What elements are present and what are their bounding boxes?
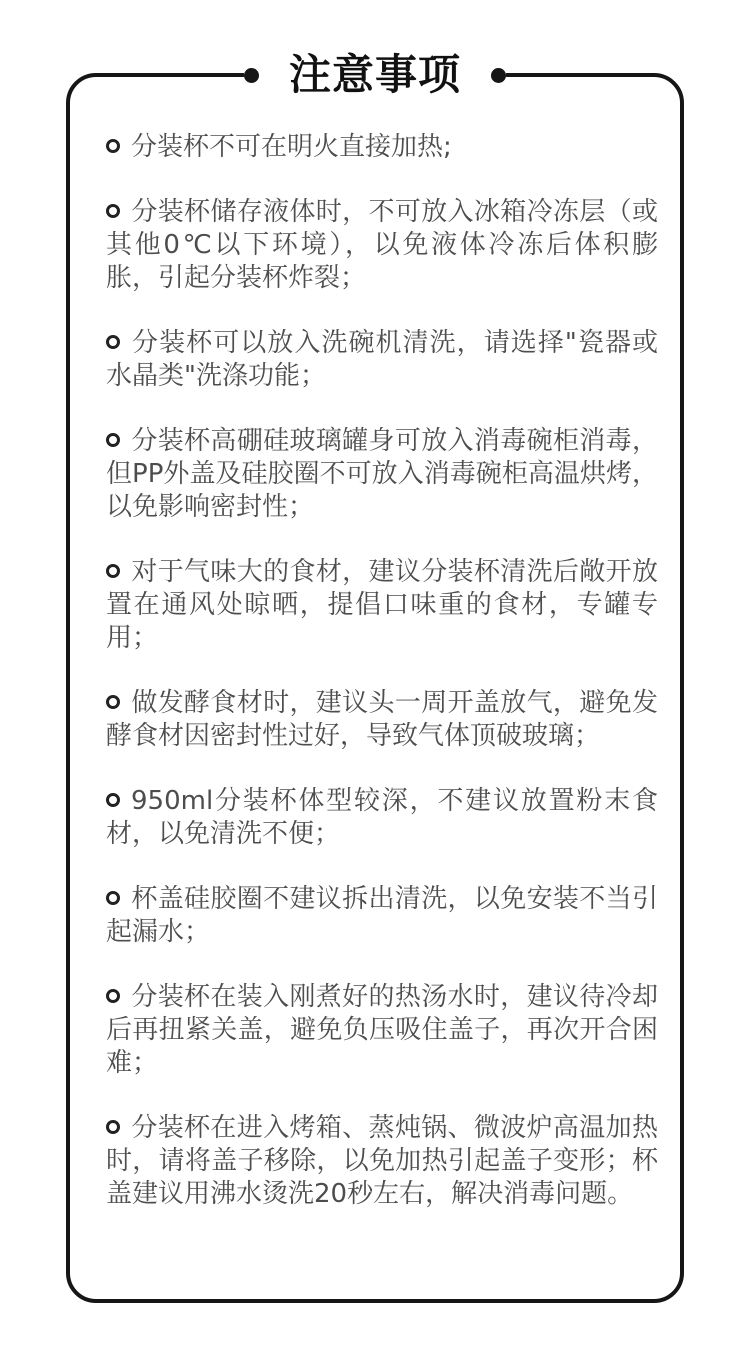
bullet-ring-icon — [106, 139, 120, 153]
notice-item: 分装杯高硼硅玻璃罐身可放入消毒碗柜消毒，但PP外盖及硅胶圈不可放入消毒碗柜高温烘… — [106, 425, 658, 524]
notice-item: 950ml分装杯体型较深，不建议放置粉末食材，以免清洗不便； — [106, 785, 658, 851]
bullet-ring-icon — [106, 204, 120, 218]
notice-item-text: 分装杯不可在明火直接加热; — [131, 132, 452, 162]
notice-item-text: 分装杯储存液体时，不可放入冰箱冷冻层（或其他0℃以下环境），以免液体冷冻后体积膨… — [106, 197, 658, 293]
page-title: 注意事项 — [289, 51, 461, 99]
notice-box: 注意事项 分装杯不可在明火直接加热; 分装杯储存液体时，不可放入冰箱冷冻层（或其… — [66, 73, 684, 1303]
notice-item-text: 对于气味大的食材，建议分装杯清洗后敞开放置在通风处晾晒，提倡口味重的食材，专罐专… — [106, 557, 658, 653]
bullet-ring-icon — [106, 564, 120, 578]
notice-item: 分装杯可以放入洗碗机清洗，请选择"瓷器或水晶类"洗涤功能； — [106, 327, 658, 393]
notice-item-text: 分装杯在进入烤箱、蒸炖锅、微波炉高温加热时，请将盖子移除，以免加热引起盖子变形；… — [106, 1113, 658, 1209]
bullet-ring-icon — [106, 793, 120, 807]
bullet-ring-icon — [106, 1120, 120, 1134]
bullet-ring-icon — [106, 335, 120, 349]
notice-item-text: 做发酵食材时，建议头一周开盖放气，避免发酵食材因密封性过好，导致气体顶破玻璃； — [106, 688, 658, 751]
bullet-ring-icon — [106, 433, 120, 447]
bullet-ring-icon — [106, 989, 120, 1003]
bullet-ring-icon — [106, 891, 120, 905]
notice-item: 杯盖硅胶圈不建议拆出清洗，以免安装不当引起漏水； — [106, 883, 658, 949]
notice-item-text: 杯盖硅胶圈不建议拆出清洗，以免安装不当引起漏水； — [106, 884, 658, 947]
notice-item-text: 分装杯高硼硅玻璃罐身可放入消毒碗柜消毒，但PP外盖及硅胶圈不可放入消毒碗柜高温烘… — [106, 426, 658, 522]
notice-list: 分装杯不可在明火直接加热; 分装杯储存液体时，不可放入冰箱冷冻层（或其他0℃以下… — [70, 77, 680, 1211]
notice-item: 分装杯在进入烤箱、蒸炖锅、微波炉高温加热时，请将盖子移除，以免加热引起盖子变形；… — [106, 1112, 658, 1211]
notice-item: 做发酵食材时，建议头一周开盖放气，避免发酵食材因密封性过好，导致气体顶破玻璃； — [106, 687, 658, 753]
notice-item: 分装杯不可在明火直接加热; — [106, 131, 658, 164]
title-dot-left-icon — [244, 68, 259, 83]
notice-item: 对于气味大的食材，建议分装杯清洗后敞开放置在通风处晾晒，提倡口味重的食材，专罐专… — [106, 556, 658, 655]
title-bar: 注意事项 — [244, 51, 506, 99]
notice-item: 分装杯在装入刚煮好的热汤水时，建议待冷却后再扭紧关盖，避免负压吸住盖子，再次开合… — [106, 981, 658, 1080]
notice-item-text: 950ml分装杯体型较深，不建议放置粉末食材，以免清洗不便； — [106, 786, 658, 849]
notice-item-text: 分装杯在装入刚煮好的热汤水时，建议待冷却后再扭紧关盖，避免负压吸住盖子，再次开合… — [106, 982, 658, 1078]
bullet-ring-icon — [106, 695, 120, 709]
notice-item: 分装杯储存液体时，不可放入冰箱冷冻层（或其他0℃以下环境），以免液体冷冻后体积膨… — [106, 196, 658, 295]
title-dot-right-icon — [491, 68, 506, 83]
notice-item-text: 分装杯可以放入洗碗机清洗，请选择"瓷器或水晶类"洗涤功能； — [106, 328, 658, 391]
